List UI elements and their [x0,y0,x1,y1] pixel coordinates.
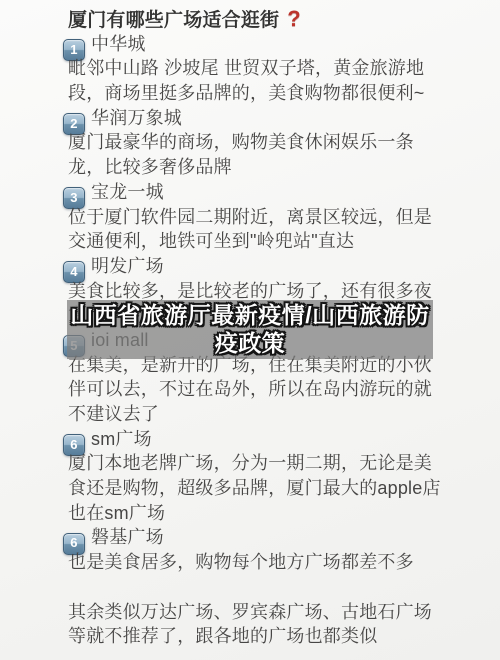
body-text-line: 毗邻中山路 沙坡尾 世贸双子塔，黄金旅游地 [68,56,453,81]
watermark-caption-line-1: 山西省旅游厅最新疫情/山西旅游防 [70,302,429,330]
list-item-heading: 3宝龙一城 [68,180,453,205]
body-text-line: 不建议去了 [68,402,453,427]
list-item-heading: 1中华城 [68,32,453,57]
blank-line [68,575,453,600]
page-title-text: 厦门有哪些广场适合逛街 [68,10,279,31]
body-text-line: 食还是购物，超级多品牌，厦门最大的apple店 [68,476,453,501]
body-text-line: 厦门本地老牌广场，分为一期二期，无论是美 [68,451,453,476]
body-text-line: 位于厦门软件园二期附近，离景区较远，但是 [68,205,453,230]
mall-name: 明发广场 [91,256,164,276]
mall-name: 磐基广场 [91,527,164,547]
list-item-heading: 6磐基广场 [68,525,453,550]
mall-name: 宝龙一城 [91,182,164,202]
list-item-heading: 4明发广场 [68,254,453,279]
mall-name: 华润万象城 [91,108,182,128]
body-text-line: 段，商场里挺多品牌的，美食购物都很便利~ [68,81,453,106]
mall-name: sm广场 [91,429,152,449]
body-text-line: 交通便利，地铁可坐到"岭兜站"直达 [68,229,453,254]
body-text-line: 龙，比较多奢侈品牌 [68,155,453,180]
list-item-heading: 2华润万象城 [68,106,453,131]
list-item-heading: 6sm广场 [68,427,453,452]
red-question-mark-icon: ? [287,6,301,31]
watermark-caption-overlay: 山西省旅游厅最新疫情/山西旅游防 疫政策 [67,300,433,359]
body-text-line: 也在sm广场 [68,501,453,526]
body-text-line: 也是美食居多，购物每个地方广场都差不多 [68,550,453,575]
body-text-line: 等就不推荐了，跟各地的广场也都类似 [68,624,453,649]
watermark-caption-line-2: 疫政策 [215,330,286,358]
page-title: 厦门有哪些广场适合逛街? [68,7,453,32]
body-text-line: 厦门最豪华的商场，购物美食休闲娱乐一条 [68,130,453,155]
mall-name: 中华城 [91,34,146,54]
body-text-line: 伴可以去，不过在岛外，所以在岛内游玩的就 [68,377,453,402]
body-text-line: 其余类似万达广场、罗宾森广场、古地石广场 [68,600,453,625]
